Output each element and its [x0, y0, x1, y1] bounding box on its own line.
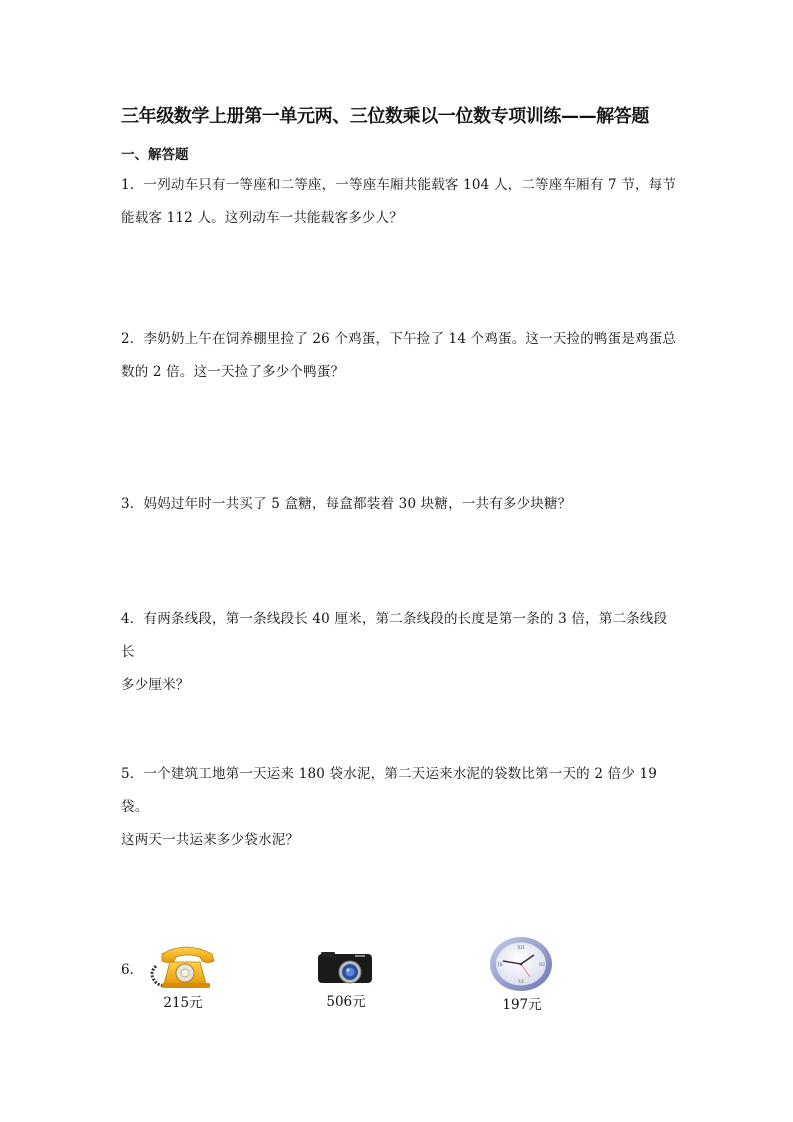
price-label: 197元: [488, 996, 556, 1014]
question-line: 1．一列动车只有一等座和二等座，一等座车厢共能载客 104 人，二等座车厢有 7…: [121, 169, 677, 202]
question-line: 多少厘米？: [121, 669, 677, 702]
product-telephone: 215元: [148, 944, 218, 1012]
svg-text:III: III: [539, 962, 545, 968]
telephone-icon: [148, 944, 216, 990]
question-line: 4．有两条线段，第一条线段长 40 厘米，第二条线段的长度是第一条的 3 倍，第…: [121, 603, 677, 669]
question-2: 2．李奶奶上午在饲养棚里捡了 26 个鸡蛋，下午捡了 14 个鸡蛋。这一天捡的鸭…: [121, 323, 677, 389]
question-number: 2．: [121, 331, 144, 347]
product-camera: 506元: [315, 949, 377, 1011]
question-1: 1．一列动车只有一等座和二等座，一等座车厢共能载客 104 人，二等座车厢有 7…: [121, 169, 677, 235]
question-text: 有两条线段，第一条线段长 40 厘米，第二条线段的长度是第一条的 3 倍，第二条…: [121, 611, 667, 660]
question-number: 4．: [121, 611, 144, 627]
question-line: 2．李奶奶上午在饲养棚里捡了 26 个鸡蛋，下午捡了 14 个鸡蛋。这一天捡的鸭…: [121, 323, 677, 356]
question-line: 能载客 112 人。这列动车一共能载客多少人？: [121, 202, 677, 235]
document-title: 三年级数学上册第一单元两、三位数乘以一位数专项训练——解答题: [121, 104, 681, 130]
question-4: 4．有两条线段，第一条线段长 40 厘米，第二条线段的长度是第一条的 3 倍，第…: [121, 603, 677, 702]
question-line: 这两天一共运来多少袋水泥？: [121, 824, 677, 857]
question-text: 妈妈过年时一共买了 5 盒糖，每盒都装着 30 块糖，一共有多少块糖？: [144, 496, 572, 512]
question-number: 1．: [121, 177, 144, 193]
svg-text:IX: IX: [497, 962, 503, 968]
svg-text:VI: VI: [517, 979, 524, 985]
clock-icon: XII III VI IX: [488, 935, 554, 993]
question-line: 数的 2 倍。这一天捡了多少个鸭蛋？: [121, 356, 677, 389]
product-clock: XII III VI IX 197元: [488, 935, 556, 1014]
price-label: 215元: [148, 994, 218, 1012]
section-heading: 一、解答题: [121, 145, 189, 165]
price-label: 506元: [315, 993, 377, 1011]
question-number: 6．: [121, 958, 143, 978]
question-line: 5．一个建筑工地第一天运来 180 袋水泥，第二天运来水泥的袋数比第一天的 2 …: [121, 758, 677, 824]
question-number: 5．: [121, 766, 144, 782]
question-text: 李奶奶上午在饲养棚里捡了 26 个鸡蛋，下午捡了 14 个鸡蛋。这一天捡的鸭蛋是…: [144, 331, 677, 347]
question-5: 5．一个建筑工地第一天运来 180 袋水泥，第二天运来水泥的袋数比第一天的 2 …: [121, 758, 677, 857]
question-number: 3．: [121, 496, 144, 512]
question-text: 一列动车只有一等座和二等座，一等座车厢共能载客 104 人，二等座车厢有 7 节…: [144, 177, 677, 193]
question-3: 3．妈妈过年时一共买了 5 盒糖，每盒都装着 30 块糖，一共有多少块糖？: [121, 488, 677, 521]
svg-text:XII: XII: [517, 945, 525, 951]
question-line: 3．妈妈过年时一共买了 5 盒糖，每盒都装着 30 块糖，一共有多少块糖？: [121, 488, 677, 521]
question-text: 一个建筑工地第一天运来 180 袋水泥，第二天运来水泥的袋数比第一天的 2 倍少…: [121, 766, 657, 815]
camera-icon: [315, 949, 375, 987]
